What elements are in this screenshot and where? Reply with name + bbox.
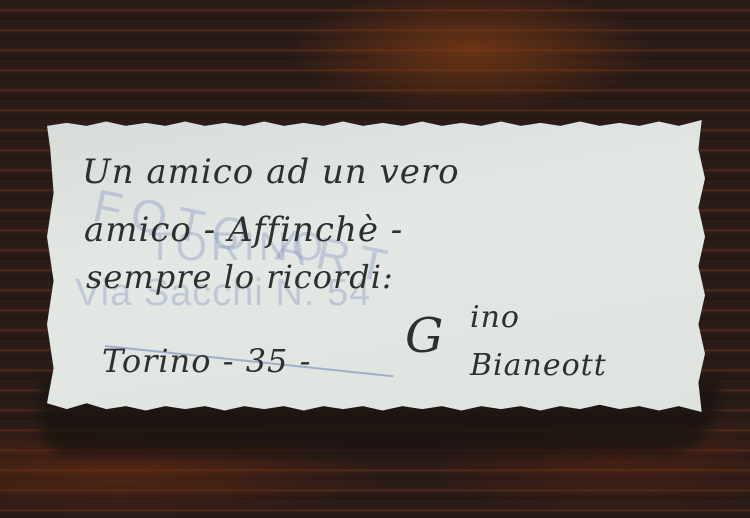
handwriting-place-date: Torino - 35 - [102, 342, 311, 380]
signature-initial: G [405, 308, 444, 364]
handwriting-line-2: amico - Affinchè - [84, 210, 403, 250]
handwriting-line-1: Un amico ad un vero [82, 152, 460, 192]
signature-first-name: ino [470, 300, 520, 335]
handwriting-line-3: sempre lo ricordi: [86, 258, 394, 296]
signature-last-name: Bianeott [470, 348, 607, 383]
